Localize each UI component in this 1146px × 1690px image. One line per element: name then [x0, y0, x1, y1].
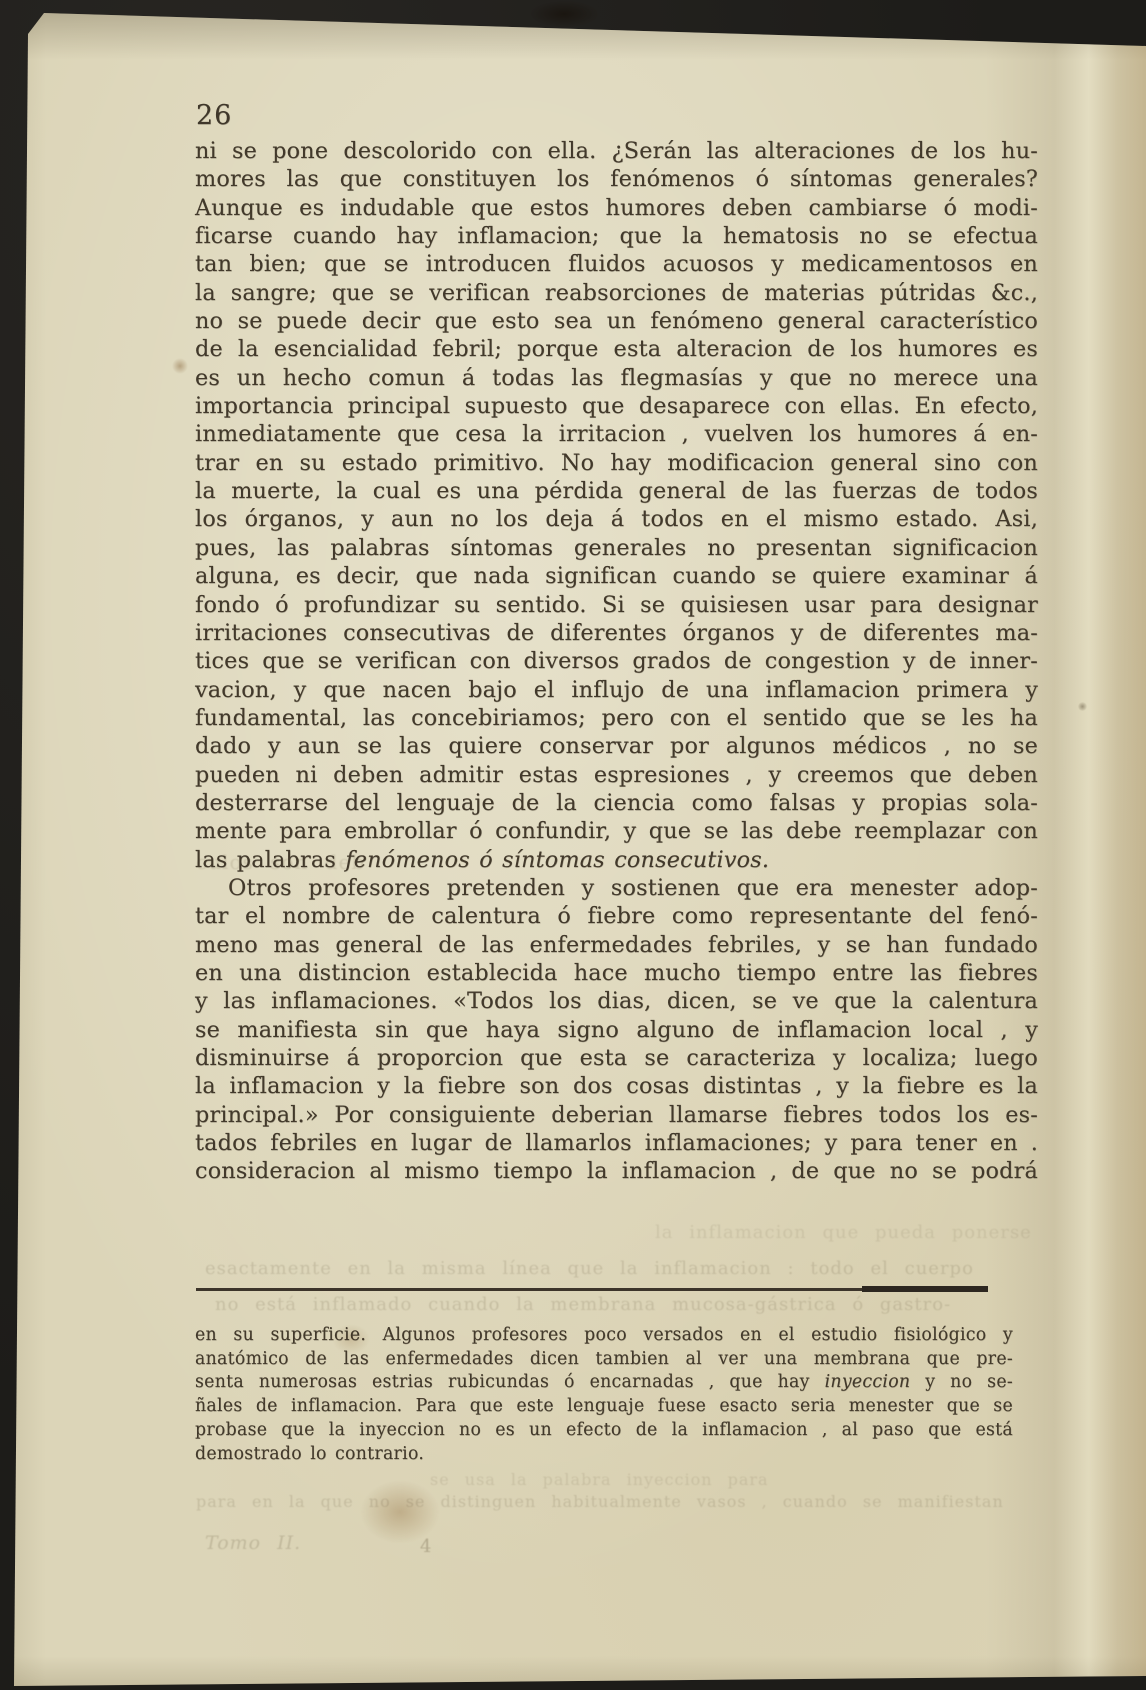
text-line: disminuirse á proporcion que esta se car…: [195, 1044, 1038, 1072]
footnote-rule-thick-segment: [862, 1286, 988, 1292]
text-segment: trar en su estado primitivo. No hay modi…: [195, 450, 1038, 476]
text-line: no se puede decir que esto sea un fenóme…: [195, 307, 1038, 335]
paragraph: Otros profesores pretenden y sostienen q…: [195, 874, 1038, 1186]
bleedthrough-text: la inflamacion que pueda ponerse: [655, 1222, 1032, 1243]
text-line: las palabras fenómenos ó síntomas consec…: [195, 846, 1038, 874]
text-line: se manifiesta sin que haya signo alguno …: [195, 1016, 1038, 1044]
bleedthrough-text: se usa la palabra inyeccion para: [430, 1470, 769, 1489]
text-segment: ficarse cuando hay inflamacion; que la h…: [195, 223, 1038, 249]
bleedthrough-text: no está inflamado cuando la membrana muc…: [215, 1294, 951, 1315]
text-segment: la sangre; que se verifican reabsorcione…: [195, 280, 1038, 306]
text-line: tices que se verifican con diversos grad…: [195, 647, 1038, 675]
text-line: tar el nombre de calentura ó fiebre como…: [195, 902, 1038, 930]
text-line: ni se pone descolorido con ella. ¿Serán …: [195, 137, 1038, 165]
text-segment: en una distincion establecida hace mucho…: [195, 960, 1038, 986]
text-line: principal.» Por consiguiente deberian ll…: [195, 1101, 1038, 1129]
bleedthrough-text: para en la que no se distinguen habitual…: [196, 1492, 1004, 1511]
text-segment: senta numerosas estrias rubicundas ó enc…: [195, 1372, 825, 1392]
text-line: vacion, y que nacen bajo el influjo de u…: [195, 676, 1038, 704]
bleedthrough-text: esactamente en la misma línea que la inf…: [205, 1258, 974, 1279]
text-line: y las inflamaciones. «Todos los dias, di…: [195, 987, 1038, 1015]
text-line: fundamental, las concebiriamos; pero con…: [195, 704, 1038, 732]
text-segment: las palabras: [195, 847, 345, 873]
text-segment: fundamental, las concebiriamos; pero con…: [195, 705, 1038, 731]
italic-text-segment: fenómenos ó síntomas consecutivos.: [345, 847, 769, 873]
text-line: senta numerosas estrias rubicundas ó enc…: [195, 1371, 1013, 1395]
text-segment: anatómico de las enfermedades dicen tamb…: [195, 1349, 1013, 1369]
text-line: anatómico de las enfermedades dicen tamb…: [195, 1348, 1013, 1372]
text-segment: de la esencialidad febril; porque esta a…: [195, 336, 1038, 362]
text-line: en una distincion establecida hace mucho…: [195, 959, 1038, 987]
text-line: tados febriles en lugar de llamarlos inf…: [195, 1129, 1038, 1157]
text-line: tan bien; que se introducen fluidos acuo…: [195, 250, 1038, 278]
text-segment: y las inflamaciones. «Todos los dias, di…: [195, 988, 1038, 1014]
text-segment: pues, las palabras síntomas generales no…: [195, 535, 1038, 561]
scanned-book-page: culos son debla inflamacion que pueda po…: [0, 0, 1146, 1690]
text-line: los órganos, y aun no los deja á todos e…: [195, 505, 1038, 533]
text-line: consideracion al mismo tiempo la inflama…: [195, 1157, 1038, 1185]
text-segment: demostrado lo contrario.: [195, 1444, 424, 1464]
text-line: en su superficie. Algunos profesores poc…: [195, 1324, 1013, 1348]
text-segment: tan bien; que se introducen fluidos acuo…: [195, 251, 1038, 277]
text-segment: mores las que constituyen los fenómenos …: [195, 166, 1038, 192]
text-line: fondo ó profundizar su sentido. Si se qu…: [195, 591, 1038, 619]
text-segment: importancia principal supuesto que desap…: [195, 393, 1038, 419]
text-segment: alguna, es decir, que nada significan cu…: [195, 563, 1038, 589]
text-segment: la inflamacion y la fiebre son dos cosas…: [195, 1073, 1038, 1099]
text-segment: vacion, y que nacen bajo el influjo de u…: [195, 677, 1038, 703]
text-segment: y no se-: [910, 1372, 1013, 1392]
bleedthrough-text: 4: [420, 1536, 432, 1557]
text-segment: desterrarse del lenguaje de la ciencia c…: [195, 790, 1038, 816]
text-line: desterrarse del lenguaje de la ciencia c…: [195, 789, 1038, 817]
text-line: trar en su estado primitivo. No hay modi…: [195, 449, 1038, 477]
text-line: la muerte, la cual es una pérdida genera…: [195, 477, 1038, 505]
text-line: ñales de inflamacion. Para que este leng…: [195, 1395, 1013, 1419]
text-line: pues, las palabras síntomas generales no…: [195, 534, 1038, 562]
bleedthrough-text: Tomo II.: [205, 1532, 301, 1554]
text-line: Aunque es indudable que estos humores de…: [195, 194, 1038, 222]
page-number: 26: [196, 100, 232, 131]
paragraph: ni se pone descolorido con ella. ¿Serán …: [195, 137, 1038, 874]
text-line: dado y aun se las quiere conservar por a…: [195, 732, 1038, 760]
text-segment: disminuirse á proporcion que esta se car…: [195, 1045, 1038, 1071]
text-segment: meno mas general de las enfermedades feb…: [195, 932, 1038, 958]
text-line: meno mas general de las enfermedades feb…: [195, 931, 1038, 959]
text-segment: inmediatamente que cesa la irritacion , …: [195, 421, 1038, 447]
text-segment: en su superficie. Algunos profesores poc…: [195, 1325, 1013, 1345]
text-segment: se manifiesta sin que haya signo alguno …: [195, 1017, 1038, 1043]
text-segment: ni se pone descolorido con ella. ¿Serán …: [195, 138, 1038, 164]
text-line: la inflamacion y la fiebre son dos cosas…: [195, 1072, 1038, 1100]
text-segment: fondo ó profundizar su sentido. Si se qu…: [195, 592, 1038, 618]
text-segment: principal.» Por consiguiente deberian ll…: [195, 1102, 1038, 1128]
text-segment: probase que la inyeccion no es un efecto…: [195, 1420, 1013, 1440]
text-segment: ñales de inflamacion. Para que este leng…: [195, 1396, 1013, 1416]
text-line: inmediatamente que cesa la irritacion , …: [195, 420, 1038, 448]
text-segment: mente para embrollar ó confundir, y que …: [195, 818, 1038, 844]
text-line: demostrado lo contrario.: [195, 1443, 1013, 1467]
text-line: probase que la inyeccion no es un efecto…: [195, 1419, 1013, 1443]
text-line: irritaciones consecutivas de diferentes …: [195, 619, 1038, 647]
italic-text-segment: inyeccion: [825, 1372, 911, 1392]
text-segment: tados febriles en lugar de llamarlos inf…: [195, 1130, 1038, 1156]
text-segment: la muerte, la cual es una pérdida genera…: [195, 478, 1038, 504]
text-segment: dado y aun se las quiere conservar por a…: [195, 733, 1038, 759]
text-segment: es un hecho comun á todas las flegmasías…: [195, 365, 1038, 391]
text-line: importancia principal supuesto que desap…: [195, 392, 1038, 420]
footnote-text: en su superficie. Algunos profesores poc…: [195, 1324, 1013, 1466]
text-segment: pueden ni deben admitir estas espresione…: [195, 762, 1038, 788]
text-line: de la esencialidad febril; porque esta a…: [195, 335, 1038, 363]
text-segment: tar el nombre de calentura ó fiebre como…: [195, 903, 1038, 929]
text-segment: no se puede decir que esto sea un fenóme…: [195, 308, 1038, 334]
text-segment: consideracion al mismo tiempo la inflama…: [195, 1158, 1038, 1184]
body-text: ni se pone descolorido con ella. ¿Serán …: [195, 137, 1038, 1186]
text-line: mores las que constituyen los fenómenos …: [195, 165, 1038, 193]
text-line: es un hecho comun á todas las flegmasías…: [195, 364, 1038, 392]
text-segment: Aunque es indudable que estos humores de…: [195, 195, 1038, 221]
text-segment: tices que se verifican con diversos grad…: [195, 648, 1038, 674]
text-line: la sangre; que se verifican reabsorcione…: [195, 279, 1038, 307]
text-line: mente para embrollar ó confundir, y que …: [195, 817, 1038, 845]
text-line: Otros profesores pretenden y sostienen q…: [195, 874, 1038, 902]
text-segment: los órganos, y aun no los deja á todos e…: [195, 506, 1038, 532]
text-segment: irritaciones consecutivas de diferentes …: [195, 620, 1038, 646]
text-line: alguna, es decir, que nada significan cu…: [195, 562, 1038, 590]
text-segment: Otros profesores pretenden y sostienen q…: [228, 875, 1038, 901]
text-line: pueden ni deben admitir estas espresione…: [195, 761, 1038, 789]
text-line: ficarse cuando hay inflamacion; que la h…: [195, 222, 1038, 250]
